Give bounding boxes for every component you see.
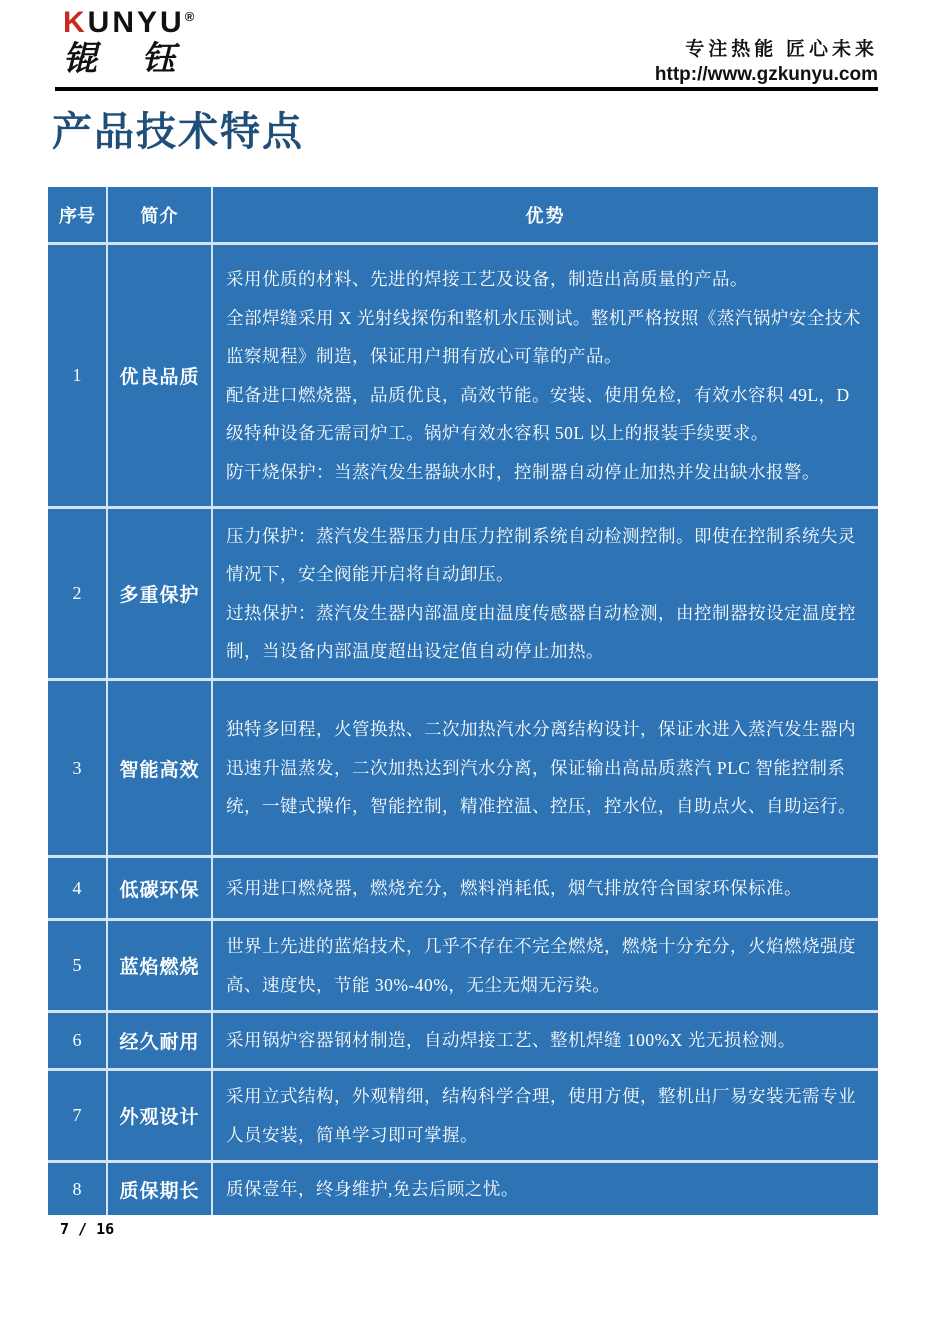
page-header: KUNYU® 锟 钰 专注热能 匠心未来 http://www.gzkunyu.… <box>55 6 878 88</box>
advantage-paragraph: 质保壹年，终身维护,免去后顾之忧。 <box>226 1170 865 1209</box>
column-header-advantage: 优势 <box>213 187 878 242</box>
row-advantage-cell: 采用立式结构，外观精细，结构科学合理，使用方便，整机出厂易安装无需专业人员安装，… <box>213 1071 878 1160</box>
table-row: 6 经久耐用 采用锅炉容器钢材制造，自动焊接工艺、整机焊缝 100%X 光无损检… <box>48 1010 878 1068</box>
advantage-paragraph: 压力保护：蒸汽发生器压力由压力控制系统自动检测控制。即使在控制系统失灵情况下，安… <box>226 517 865 594</box>
table-row: 3 智能高效 独特多回程，火管换热、二次加热汽水分离结构设计，保证水进入蒸汽发生… <box>48 678 878 855</box>
row-advantage-cell: 采用优质的材料、先进的焊接工艺及设备，制造出高质量的产品。 全部焊缝采用 X 光… <box>213 245 878 506</box>
table-header-row: 序号 简介 优势 <box>48 187 878 242</box>
company-slogan: 专注热能 匠心未来 <box>655 34 878 61</box>
row-intro-label: 优良品质 <box>108 245 213 506</box>
row-intro-label: 多重保护 <box>108 509 213 678</box>
table-row: 5 蓝焰燃烧 世界上先进的蓝焰技术，几乎不存在不完全燃烧，燃烧十分充分，火焰燃烧… <box>48 918 878 1010</box>
table-row: 8 质保期长 质保壹年，终身维护,免去后顾之忧。 <box>48 1160 878 1215</box>
row-number: 8 <box>48 1163 108 1215</box>
company-logo: KUNYU® 锟 钰 <box>63 8 194 81</box>
advantage-paragraph: 过热保护：蒸汽发生器内部温度由温度传感器自动检测，由控制器按设定温度控制，当设备… <box>226 594 865 671</box>
row-intro-label: 质保期长 <box>108 1163 213 1215</box>
table-row: 2 多重保护 压力保护：蒸汽发生器压力由压力控制系统自动检测控制。即使在控制系统… <box>48 506 878 678</box>
advantage-paragraph: 配备进口燃烧器，品质优良，高效节能。安装、使用免检，有效水容积 49L，D 级特… <box>226 376 865 453</box>
registered-trademark-mark: ® <box>185 9 195 24</box>
row-advantage-cell: 世界上先进的蓝焰技术，几乎不存在不完全燃烧，燃烧十分充分，火焰燃烧强度高、速度快… <box>213 921 878 1010</box>
row-intro-label: 智能高效 <box>108 681 213 855</box>
header-divider-rule <box>55 87 878 91</box>
advantage-paragraph: 采用优质的材料、先进的焊接工艺及设备，制造出高质量的产品。 <box>226 260 865 299</box>
advantage-paragraph: 采用进口燃烧器，燃烧充分，燃料消耗低，烟气排放符合国家环保标准。 <box>226 869 865 908</box>
row-advantage-cell: 压力保护：蒸汽发生器压力由压力控制系统自动检测控制。即使在控制系统失灵情况下，安… <box>213 509 878 678</box>
table-row: 4 低碳环保 采用进口燃烧器，燃烧充分，燃料消耗低，烟气排放符合国家环保标准。 <box>48 855 878 918</box>
brand-wordmark: KUNYU® <box>63 8 194 38</box>
website-link[interactable]: http://www.gzkunyu.com <box>655 64 878 86</box>
advantage-paragraph: 防干烧保护：当蒸汽发生器缺水时，控制器自动停止加热并发出缺水报警。 <box>226 453 865 492</box>
row-number: 1 <box>48 245 108 506</box>
row-intro-label: 低碳环保 <box>108 858 213 918</box>
row-advantage-cell: 质保壹年，终身维护,免去后顾之忧。 <box>213 1163 878 1215</box>
advantage-paragraph: 独特多回程，火管换热、二次加热汽水分离结构设计，保证水进入蒸汽发生器内迅速升温蒸… <box>226 710 865 826</box>
column-header-no: 序号 <box>48 187 108 242</box>
row-number: 3 <box>48 681 108 855</box>
advantage-paragraph: 世界上先进的蓝焰技术，几乎不存在不完全燃烧，燃烧十分充分，火焰燃烧强度高、速度快… <box>226 927 865 1004</box>
row-number: 6 <box>48 1013 108 1068</box>
row-intro-label: 外观设计 <box>108 1071 213 1160</box>
advantage-paragraph: 全部焊缝采用 X 光射线探伤和整机水压测试。整机严格按照《蒸汽锅炉安全技术监察规… <box>226 299 865 376</box>
table-row: 7 外观设计 采用立式结构，外观精细，结构科学合理，使用方便，整机出厂易安装无需… <box>48 1068 878 1160</box>
row-number: 5 <box>48 921 108 1010</box>
brand-letter-k: K <box>63 6 88 39</box>
row-advantage-cell: 采用锅炉容器钢材制造，自动焊接工艺、整机焊缝 100%X 光无损检测。 <box>213 1013 878 1068</box>
brand-letters-rest: UNYU <box>88 6 185 39</box>
advantage-paragraph: 采用立式结构，外观精细，结构科学合理，使用方便，整机出厂易安装无需专业人员安装，… <box>226 1077 865 1154</box>
header-right-block: 专注热能 匠心未来 http://www.gzkunyu.com <box>655 34 878 86</box>
row-number: 4 <box>48 858 108 918</box>
advantage-paragraph: 采用锅炉容器钢材制造，自动焊接工艺、整机焊缝 100%X 光无损检测。 <box>226 1021 865 1060</box>
row-intro-label: 经久耐用 <box>108 1013 213 1068</box>
row-advantage-cell: 独特多回程，火管换热、二次加热汽水分离结构设计，保证水进入蒸汽发生器内迅速升温蒸… <box>213 681 878 855</box>
product-features-table: 序号 简介 优势 1 优良品质 采用优质的材料、先进的焊接工艺及设备，制造出高质… <box>48 187 878 1215</box>
row-number: 7 <box>48 1071 108 1160</box>
page-title: 产品技术特点 <box>52 100 304 157</box>
row-number: 2 <box>48 509 108 678</box>
table-row: 1 优良品质 采用优质的材料、先进的焊接工艺及设备，制造出高质量的产品。 全部焊… <box>48 242 878 506</box>
row-intro-label: 蓝焰燃烧 <box>108 921 213 1010</box>
row-advantage-cell: 采用进口燃烧器，燃烧充分，燃料消耗低，烟气排放符合国家环保标准。 <box>213 858 878 918</box>
column-header-intro: 简介 <box>108 187 213 242</box>
page-number-indicator: 7 / 16 <box>60 1220 114 1238</box>
brand-chinese-calligraphy: 锟 钰 <box>63 40 194 81</box>
